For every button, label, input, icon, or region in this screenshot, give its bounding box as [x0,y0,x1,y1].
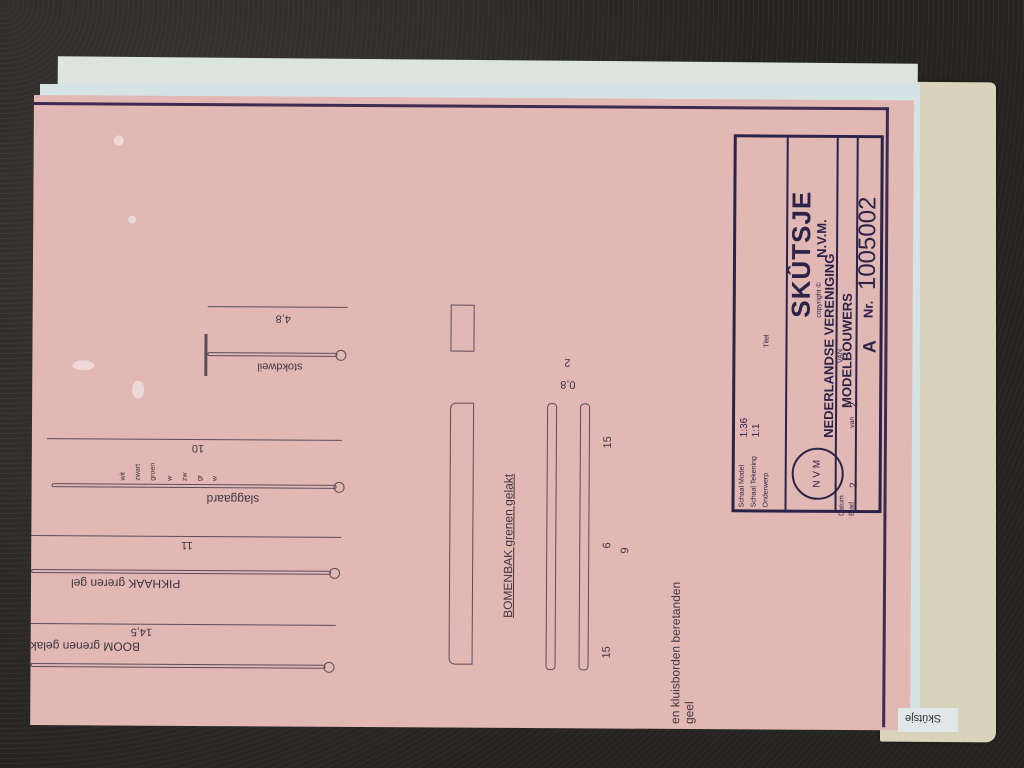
band-label: zwart [135,464,142,481]
organization-line2: MODELBOUWERS [839,293,855,408]
frame-border-top [34,102,889,110]
bomenbak-rail-2 [578,403,590,670]
slaggaard-drawing [52,483,337,489]
format-letter: A [859,340,880,353]
bomenbak-side-view [449,403,475,665]
label-titel: Titel [763,334,770,347]
stokdweil-drawing [207,352,337,357]
drawing-sheet: Schaal Model 1:36 Schaal Tekening 1:1 On… [30,95,914,730]
number-prefix: Nr. [861,301,876,318]
dimension-line-pikhaak [31,535,341,538]
band-label: wit [120,472,127,481]
band-label: groen [150,463,157,481]
label-onderwerp: Onderwerp [762,473,769,508]
dimension-stokdweil: 4,8 [276,312,291,324]
title-block: Schaal Model 1:36 Schaal Tekening 1:1 On… [731,134,883,513]
bomenbak-label: BOMENBAK grenen gelakt [501,474,516,618]
note-line-1: en kluisborden beretanden [668,582,683,724]
bomenbak-dim-4: 15 [601,646,613,658]
slaggaard-label: slaggaard [206,492,259,506]
paper-stain [128,216,136,224]
dimension-pikhaak: 11 [181,539,192,551]
drawing-subtitle: N.V.M. [814,219,829,258]
bomenbak-dim-1: 15 [602,436,614,448]
drawing-title: SKÛTSJE [786,191,818,318]
value-van: 2 [849,402,860,408]
band-label: w [212,476,219,481]
label-schaal-model: Schaal Model [738,465,745,507]
dimension-line-slaggaard [47,438,342,441]
organization-line1: NEDERLANDSE VERENIGING [821,254,837,438]
label-datum: Datum [838,495,845,516]
value-blad: 2 [849,482,860,488]
slaggaard-knob [334,482,345,493]
stokdweil-label: stokdweil [257,360,302,372]
paper-stain [72,360,94,370]
bomenbak-dim-5: 0,8 [560,378,575,390]
boom-drawing [31,663,326,669]
boom-knob [323,662,334,673]
paper-stain [114,135,124,145]
band-label: w [167,476,174,481]
paper-stain [132,381,144,399]
dimension-slaggaard: 10 [192,442,204,454]
bomenbak-dim-3: 9 [619,547,631,553]
boom-label: BOOM grenen gelak [31,639,140,654]
label-van: van [849,417,856,428]
drawing-number: 1005002 [854,197,883,291]
pikhaak-knob [329,568,340,579]
value-schaal-tekening: 1:1 [751,423,762,437]
dimension-line-boom [31,623,336,626]
nvm-logo-icon: N V M [792,448,844,500]
pikhaak-label: PIKHAAK greren gel [71,576,180,591]
bomenbak-rail-1 [545,403,557,670]
label-blad: Blad [848,502,855,516]
pikhaak-drawing [31,569,331,575]
label-schaal-tekening: Schaal Tekening [750,456,757,507]
title-block-divider [854,138,858,510]
band-label: zw [182,472,189,481]
dimension-line-stokdweil [208,306,348,308]
value-schaal-model: 1:36 [739,418,750,438]
dimension-boom: 14,5 [131,626,152,638]
note-line-2: geel [682,701,696,724]
sticker-text: Skûtsje [905,712,941,724]
band-label: gr [197,475,204,481]
bomenbak-section-view [450,305,474,352]
stokdweil-knob [335,350,346,361]
bomenbak-dim-2: 6 [601,542,613,548]
bomenbak-dim-6: 2 [564,356,570,368]
